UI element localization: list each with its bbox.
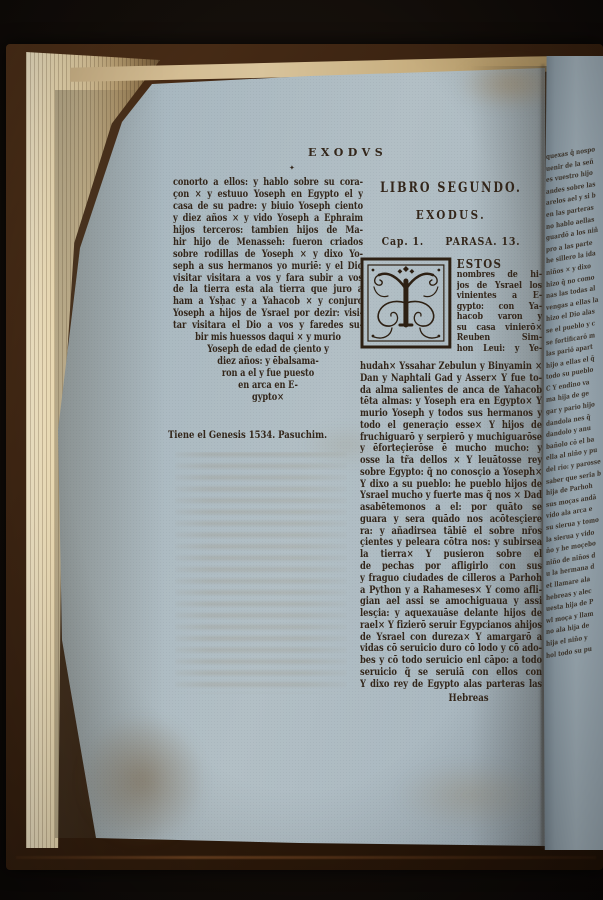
text-line: fruchiguarō y serpierō y muchiguarōse bbox=[360, 432, 542, 444]
text-line: jos de Ysrael los bbox=[457, 281, 542, 292]
incipit-word: ESTOS bbox=[457, 258, 542, 270]
running-head: EXODVS bbox=[308, 146, 384, 159]
text-line: bes y cō todo seruicio enl cāpo: a todo … bbox=[360, 655, 542, 667]
text-line: hir hijo de Menasseh: fueron criados bbox=[173, 237, 363, 249]
text-line: casa de su padre: y biuio Yoseph ciento bbox=[173, 201, 363, 213]
text-line: bir mis huessos daqui × y murio bbox=[173, 332, 363, 344]
bleed-through-text bbox=[175, 452, 347, 694]
text-line: diez años: y ēbalsama- bbox=[173, 356, 363, 368]
text-line: Yoseph de edad de çiento y bbox=[173, 344, 363, 356]
initial-row: ESTOS nombres de hi-jos de Ysrael losvin… bbox=[360, 257, 542, 361]
text-line: lesçia: y aquexauāse delante hijos de Ys… bbox=[360, 608, 542, 620]
book-photograph: EXODVS ✦ conorto a ellos: y hablo sobre … bbox=[0, 0, 603, 900]
exodus-body-text: hudah× Yssahar Zebulun y Binyamin ×Dan y… bbox=[360, 361, 542, 690]
text-line: Yoseph a hijos de Ysrael por dezir: visi… bbox=[173, 308, 363, 320]
text-line: seruicio q̃ se seruiā con ellos con dure… bbox=[360, 667, 542, 679]
text-line: de la tierra esta ala tierra que juro a … bbox=[173, 284, 363, 296]
text-line: vidas cō seruicio duro cō lodo y cō ado- bbox=[360, 643, 542, 655]
text-line: tar visitara el Dio a vos y faredes su- bbox=[173, 320, 363, 332]
book-title: LIBRO SEGUNDO. bbox=[360, 178, 542, 206]
genesis-colophon: Tiene el Genesis 1534. Pasuchim. bbox=[168, 429, 307, 441]
text-line: asabētemonos a el: por quāto se muchi- bbox=[360, 502, 542, 514]
text-line: conorto a ellos: y hablo sobre su cora- bbox=[173, 177, 363, 189]
text-line: da alma salientes de anca de Yahacob se- bbox=[360, 385, 542, 397]
text-line: seph a sus hermanos yo muriē: y el Dio bbox=[173, 261, 363, 273]
decorative-initial-woodcut-icon bbox=[360, 257, 452, 361]
text-line: hudah× Yssahar Zebulun y Binyamin × bbox=[360, 361, 542, 373]
text-line: en arca en E- bbox=[173, 380, 363, 392]
text-line: Y dixo a su pueblo: he pueblo hijos de bbox=[360, 479, 542, 491]
text-line: osse la tr̃a dellos × Y leuātosse rey nu… bbox=[360, 455, 542, 467]
text-line: ham a Ysḥac y a Yahacob × y conjuro bbox=[173, 296, 363, 308]
text-line: vinientes a E- bbox=[457, 291, 542, 302]
text-line: visitar visitara a vos y fara subir a vo… bbox=[173, 273, 363, 285]
text-line: nombres de hi- bbox=[457, 270, 542, 281]
text-line: a Python y a Rahameses× Y como afli- bbox=[360, 585, 542, 597]
text-line: gian ael assi se amochiguaua y assi pren… bbox=[360, 596, 542, 608]
text-line: de Ysrael con dureza× Y amargarō a sus bbox=[360, 632, 542, 644]
text-line: su casa vinierō× bbox=[457, 323, 542, 334]
text-line: Dan y Naphtali Gad y Asser× Y fue to- bbox=[360, 373, 542, 385]
text-line: Ysrael mucho y fuerte mas q̃ nos × Dad bbox=[360, 490, 542, 502]
left-column-justified-lines: conorto a ellos: y hablo sobre su cora-ç… bbox=[173, 177, 363, 332]
catchword: Hebreas bbox=[449, 692, 542, 704]
text-line: y fraguo ciudades de cilleros a Parhoh bbox=[360, 573, 542, 585]
text-line: sobre Egypto: q̃ no conosçio a Yoseph× bbox=[360, 467, 542, 479]
chapter-label: Cap. 1. bbox=[382, 233, 424, 257]
text-line: de pechas por afligirlo con sus lazerios… bbox=[360, 561, 542, 573]
left-column-taper-lines: bir mis huessos daqui × y murioYoseph de… bbox=[173, 332, 363, 404]
text-line: ron a el y fue puesto bbox=[173, 368, 363, 380]
stain-bottom-center bbox=[395, 760, 545, 830]
text-line: sobre rodillas de Yoseph × y dixo Yo- bbox=[173, 249, 363, 261]
text-line: hon Leui: y Ye- bbox=[457, 344, 542, 355]
facing-page-edge: quexas q̃ nospouenir de la señes vuestro… bbox=[543, 56, 603, 850]
cover-bottom-highlight bbox=[16, 856, 596, 859]
text-line: çientes y peleara cōtra nos: y subirsea … bbox=[360, 537, 542, 549]
text-line: gypto: con Ya- bbox=[457, 302, 542, 313]
intro-text-beside-initial: ESTOS nombres de hi-jos de Ysrael losvin… bbox=[457, 257, 542, 361]
right-text-column: LIBRO SEGUNDO. EXODUS. Cap. 1. PARASA. 1… bbox=[360, 178, 542, 704]
parasha-label: PARASA. 13. bbox=[445, 233, 520, 257]
text-line: gypto× bbox=[173, 392, 363, 404]
text-line: ra: y añadirsea tābiē el sobre nr̃os abo… bbox=[360, 526, 542, 538]
text-line: Reuben Sim- bbox=[457, 333, 542, 344]
left-text-column: conorto a ellos: y hablo sobre su cora-ç… bbox=[173, 177, 363, 404]
text-line: hacob varon y bbox=[457, 312, 542, 323]
chapter-parasha-row: Cap. 1. PARASA. 13. bbox=[360, 233, 542, 257]
text-line: la tierra× Y pusieron sobre el mayorales bbox=[360, 549, 542, 561]
text-line: Y dixo rey de Egypto alas parteras las bbox=[360, 679, 542, 691]
book-subtitle: EXODUS. bbox=[360, 206, 542, 233]
facing-page-text-fragments: quexas q̃ nospouenir de la señes vuestro… bbox=[546, 143, 603, 662]
text-line: y ēforteçierōse ē mucho mucho: y hinchi- bbox=[360, 443, 542, 455]
printer-mark-icon: ✦ bbox=[289, 164, 295, 172]
text-line: çon × y estuuo Yoseph en Egypto el y bbox=[173, 189, 363, 201]
text-line: rael× Y fizierō seruir Egypcianos ahijos bbox=[360, 620, 542, 632]
text-line: todo el generaçio esse× Y hijos de Ysrae… bbox=[360, 420, 542, 432]
intro-lines: nombres de hi-jos de Ysrael losvinientes… bbox=[457, 270, 542, 354]
text-line: y diez años × y vido Yoseph a Ephraim bbox=[173, 213, 363, 225]
text-line: murio Yoseph y todos sus hermanos y bbox=[360, 408, 542, 420]
text-line: guara y sera quādo nos acōtesçiere guer- bbox=[360, 514, 542, 526]
stain-bottom-left bbox=[80, 715, 205, 845]
text-line: tēta almas: y Yoseph era en Egypto× Y bbox=[360, 396, 542, 408]
text-line: hijos terceros: tambien hijos de Ma- bbox=[173, 225, 363, 237]
